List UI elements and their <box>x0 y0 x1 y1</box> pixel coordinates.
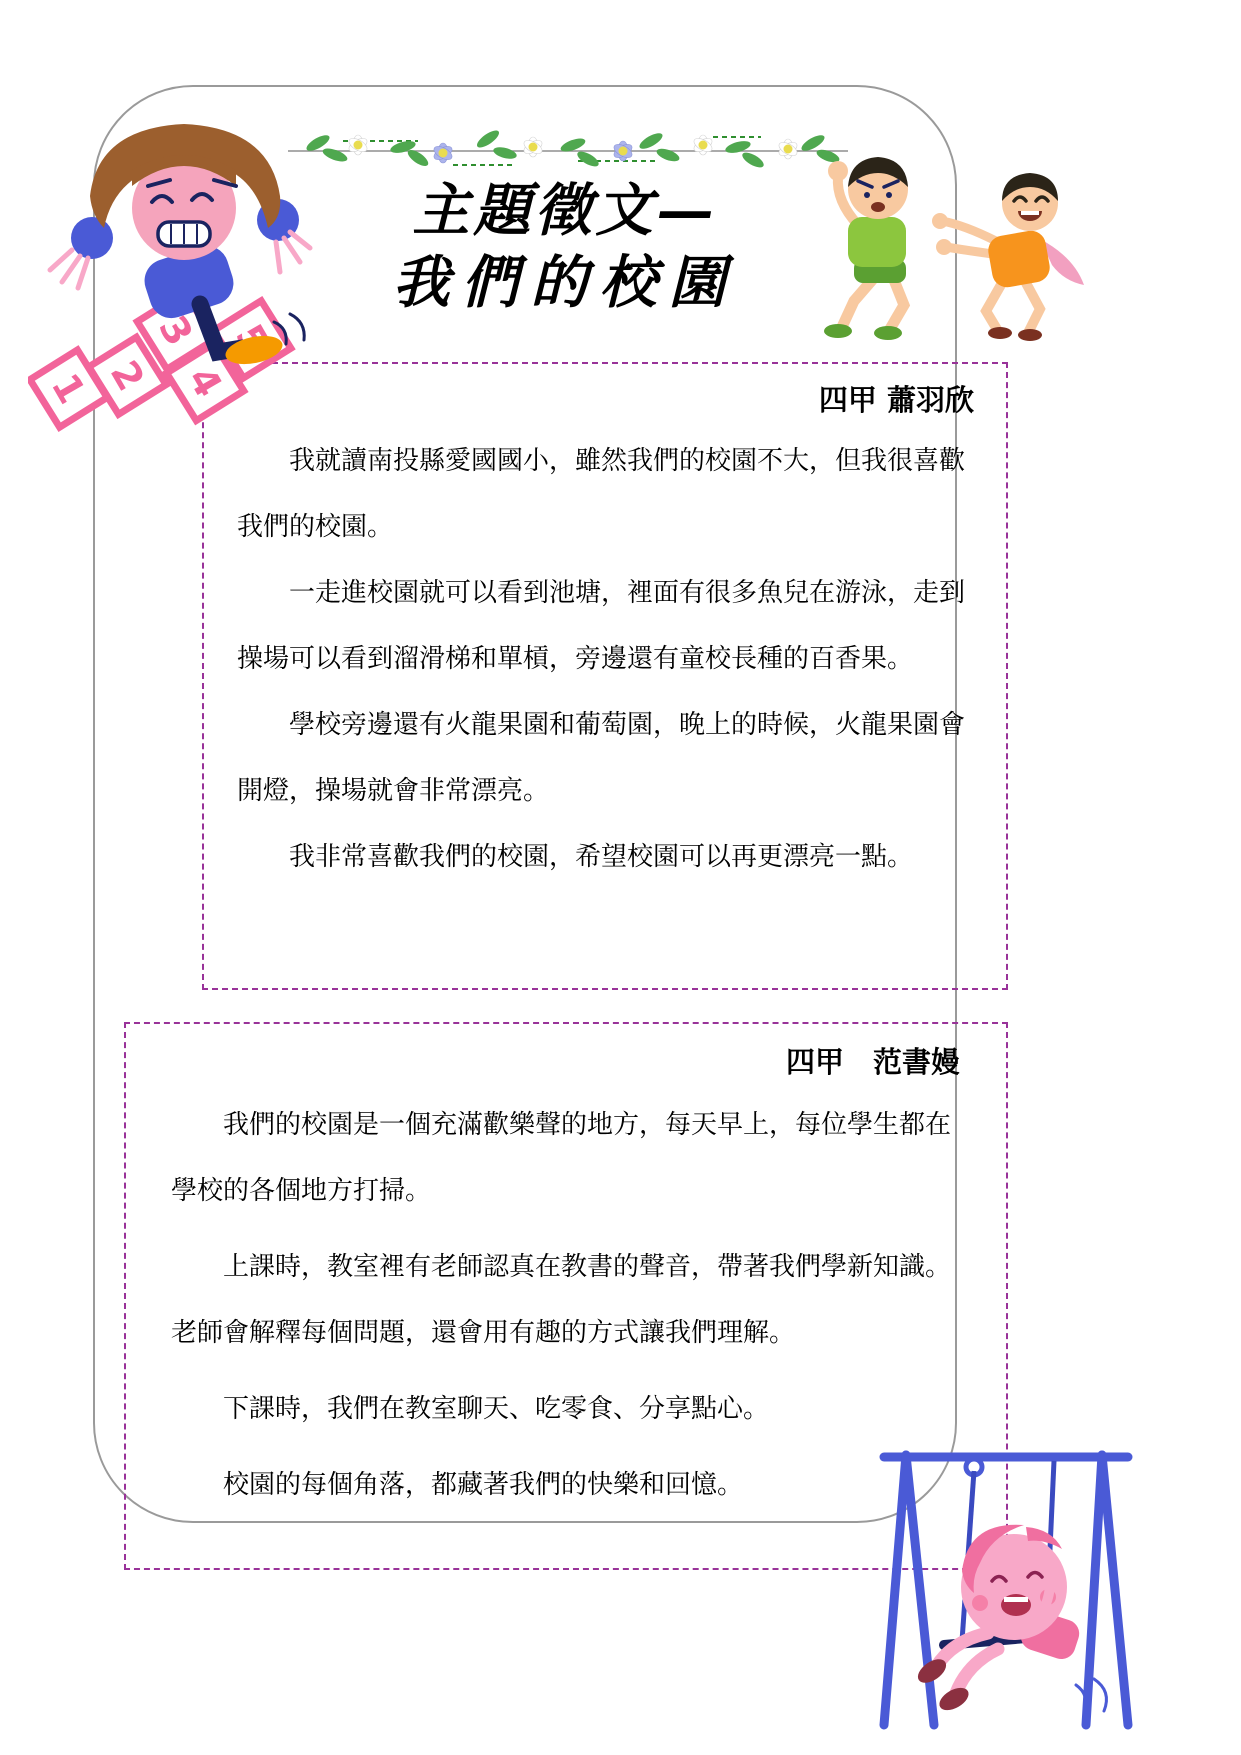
hopscotch-girl-illustration: 1 2 3 4 5 <box>28 100 343 435</box>
swinging-girl <box>914 1525 1083 1715</box>
kids-playing-tag-illustration <box>788 143 1100 343</box>
essay2-paragraph: 下課時，我們在教室聊天、吃零食、分享點心。 <box>171 1376 961 1442</box>
essay1-paragraph: 我就讀南投縣愛國國小，雖然我們的校園不大，但我很喜歡我們的校園。 <box>237 428 973 560</box>
newsletter-page: 主題徵文— 我們的校園 1 2 3 4 5 <box>0 0 1241 1755</box>
flower-garland-illustration <box>283 103 853 195</box>
title-line-2: 我們的校園 <box>330 247 800 319</box>
essay2-paragraph: 上課時，教室裡有老師認真在教書的聲音，帶著我們學新知識。老師會解釋每個問題，還會… <box>171 1234 961 1366</box>
girl-on-swing-illustration <box>876 1405 1138 1740</box>
essay1-paragraph: 學校旁邊還有火龍果園和葡萄園，晚上的時候，火龍果園會開燈，操場就會非常漂亮。 <box>237 692 973 824</box>
page-title: 主題徵文— 我們的校園 <box>330 175 800 319</box>
essay2-paragraph: 我們的校園是一個充滿歡樂聲的地方，每天早上，每位學生都在學校的各個地方打掃。 <box>171 1092 961 1224</box>
essay2-paragraph: 校園的每個角落，都藏著我們的快樂和回憶。 <box>171 1452 961 1518</box>
garland-leaves <box>304 127 841 170</box>
essay2-author: 四甲 范書嫚 <box>126 1024 1006 1084</box>
essay1-paragraph: 一走進校園就可以看到池塘，裡面有很多魚兒在游泳，走到操場可以看到溜滑梯和單槓，旁… <box>237 560 973 692</box>
essay2-body: 我們的校園是一個充滿歡樂聲的地方，每天早上，每位學生都在學校的各個地方打掃。上課… <box>126 1084 1006 1518</box>
essay1-paragraph: 我非常喜歡我們的校園，希望校園可以再更漂亮一點。 <box>237 824 973 890</box>
essay-box-1: 四甲 蕭羽欣 我就讀南投縣愛國國小，雖然我們的校園不大，但我很喜歡我們的校園。一… <box>202 362 1008 990</box>
essay1-body: 我就讀南投縣愛國國小，雖然我們的校園不大，但我很喜歡我們的校園。一走進校園就可以… <box>204 422 1006 890</box>
orange-shirt-boy <box>932 173 1084 341</box>
green-shirt-boy <box>824 157 908 340</box>
